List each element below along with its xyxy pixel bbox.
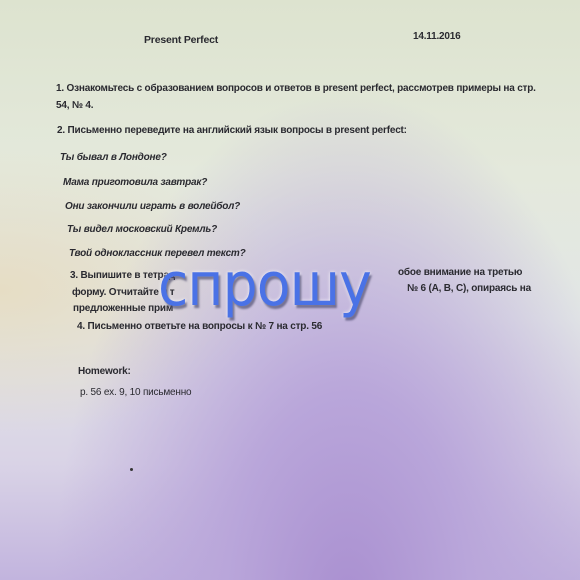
document-date: 14.11.2016 xyxy=(413,31,461,42)
screen-speck xyxy=(130,468,133,471)
overlay-caption: спрошу xyxy=(158,250,371,320)
question-1: Ты бывал в Лондоне? xyxy=(60,152,167,163)
document-page: Present Perfect 14.11.2016 1. Ознакомьте… xyxy=(0,0,580,580)
homework-label: Homework: xyxy=(78,366,131,377)
question-3: Они закончили играть в волейбол? xyxy=(65,201,240,212)
task-3-line-1-right: обое внимание на третью xyxy=(398,267,522,278)
question-2: Мама приготовила завтрак? xyxy=(63,177,207,188)
task-3-line-2-right: № 6 (A, B, C), опираясь на xyxy=(407,283,531,294)
homework-text: p. 56 ex. 9, 10 письменно xyxy=(80,387,191,398)
task-4: 4. Письменно ответьте на вопросы к № 7 н… xyxy=(77,321,322,332)
task-1-line-2: 54, № 4. xyxy=(56,100,93,111)
task-2-line-1: 2. Письменно переведите на английский яз… xyxy=(57,125,407,136)
task-1-line-1: 1. Ознакомьтесь с образованием вопросов … xyxy=(56,83,536,94)
document-title: Present Perfect xyxy=(144,34,218,46)
question-4: Ты видел московский Кремль? xyxy=(67,224,217,235)
